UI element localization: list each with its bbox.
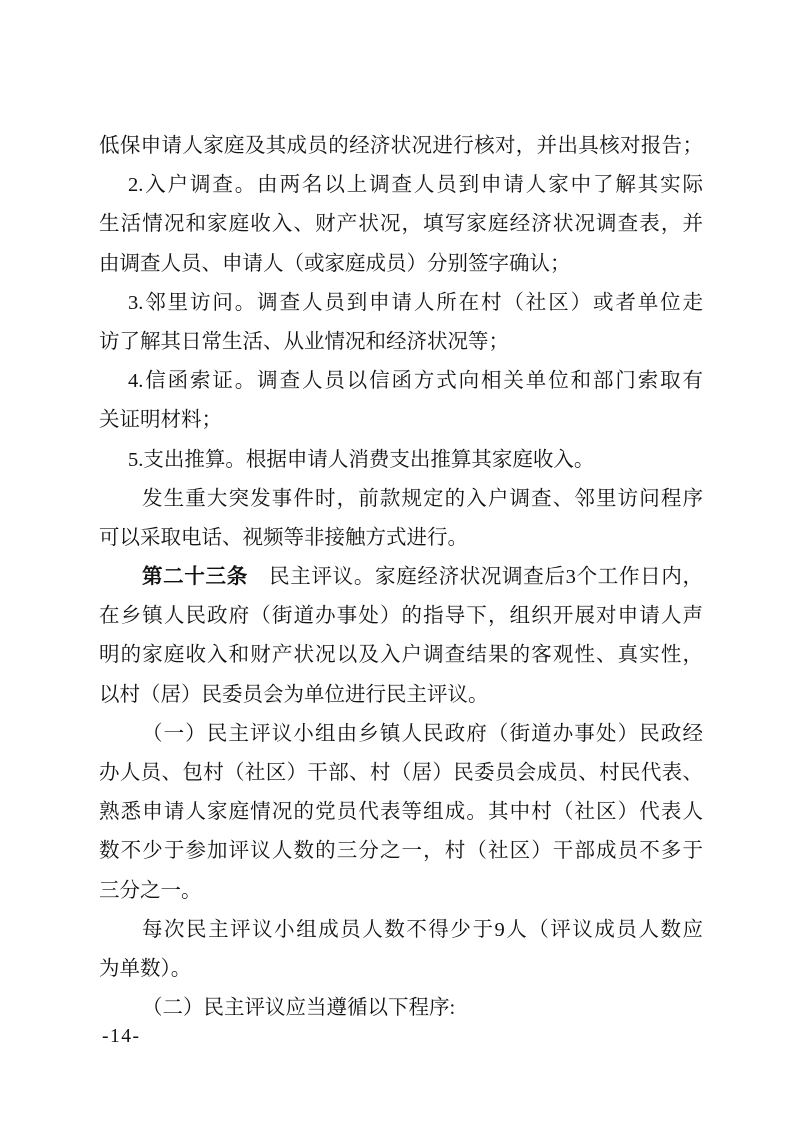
line-text: （一）民主评议小组由乡镇人民政府（街道办事处）民政经 <box>142 723 703 745</box>
document-line: 熟悉申请人家庭情况的党员代表等组成。其中村（社区）代表人 <box>99 793 703 832</box>
document-line: 5.支出推算。根据申请人消费支出推算其家庭收入。 <box>99 441 703 480</box>
line-text: 可以采取电话、视频等非接触方式进行。 <box>99 527 468 549</box>
article-heading: 第二十三条 <box>142 566 248 588</box>
document-line: 以村（居）民委员会为单位进行民主评议。 <box>99 676 703 715</box>
line-text: 民主评议。家庭经济状况调查后3个工作日内， <box>248 566 703 588</box>
line-text: 熟悉申请人家庭情况的党员代表等组成。其中村（社区）代表人 <box>99 801 703 823</box>
line-text: 生活情况和家庭收入、财产状况，填写家庭经济状况调查表，并 <box>99 213 703 235</box>
document-line: 为单数）。 <box>99 950 703 989</box>
line-text: （二）民主评议应当遵循以下程序: <box>142 997 455 1019</box>
document-line: 每次民主评议小组成员人数不得少于9人（评议成员人数应 <box>99 911 703 950</box>
line-text: 为单数）。 <box>99 958 191 980</box>
document-line: 办人员、包村（社区）干部、村（居）民委员会成员、村民代表、 <box>99 754 703 793</box>
document-line: 在乡镇人民政府（街道办事处）的指导下，组织开展对申请人声 <box>99 597 703 636</box>
line-text: 发生重大突发事件时，前款规定的入户调查、邻里访问程序 <box>142 488 703 510</box>
document-line: 第二十三条 民主评议。家庭经济状况调查后3个工作日内， <box>99 558 703 597</box>
line-text: 在乡镇人民政府（街道办事处）的指导下，组织开展对申请人声 <box>99 605 703 627</box>
document-page: 低保申请人家庭及其成员的经济状况进行核对，并出具核对报告； 2.入户调查。由两名… <box>0 0 793 1122</box>
document-line: 数不少于参加评议人数的三分之一，村（社区）干部成员不多于 <box>99 832 703 871</box>
line-text: 4.信函索证。调查人员以信函方式向相关单位和部门索取有 <box>128 370 703 392</box>
document-line: 低保申请人家庭及其成员的经济状况进行核对，并出具核对报告； <box>99 127 703 166</box>
document-line: 3.邻里访问。调查人员到申请人所在村（社区）或者单位走 <box>99 284 703 323</box>
line-text: 办人员、包村（社区）干部、村（居）民委员会成员、村民代表、 <box>99 762 703 784</box>
document-line: 关证明材料； <box>99 401 703 440</box>
document-line: 4.信函索证。调查人员以信函方式向相关单位和部门索取有 <box>99 362 703 401</box>
line-text: 访了解其日常生活、从业情况和经济状况等； <box>99 331 509 353</box>
line-text: 由调查人员、申请人（或家庭成员）分别签字确认； <box>99 253 571 275</box>
document-line: 可以采取电话、视频等非接触方式进行。 <box>99 519 703 558</box>
document-line: 发生重大突发事件时，前款规定的入户调查、邻里访问程序 <box>99 480 703 519</box>
document-line: 由调查人员、申请人（或家庭成员）分别签字确认； <box>99 245 703 284</box>
document-line: 2.入户调查。由两名以上调查人员到申请人家中了解其实际 <box>99 166 703 205</box>
page-number: -14- <box>102 1025 141 1049</box>
line-text: 3.邻里访问。调查人员到申请人所在村（社区）或者单位走 <box>128 292 703 314</box>
line-text: 关证明材料； <box>99 409 222 431</box>
document-line: 生活情况和家庭收入、财产状况，填写家庭经济状况调查表，并 <box>99 205 703 244</box>
document-line: 三分之一。 <box>99 872 703 911</box>
line-text: 低保申请人家庭及其成员的经济状况进行核对，并出具核对报告； <box>99 135 703 157</box>
line-text: 每次民主评议小组成员人数不得少于9人（评议成员人数应 <box>142 919 703 941</box>
document-line: 访了解其日常生活、从业情况和经济状况等； <box>99 323 703 362</box>
line-text: 2.入户调查。由两名以上调查人员到申请人家中了解其实际 <box>128 174 703 196</box>
line-text: 5.支出推算。根据申请人消费支出推算其家庭收入。 <box>128 449 594 471</box>
line-text: 三分之一。 <box>99 880 202 902</box>
document-line: （二）民主评议应当遵循以下程序: <box>99 989 703 1028</box>
line-text: 数不少于参加评议人数的三分之一，村（社区）干部成员不多于 <box>99 840 703 862</box>
line-text: 明的家庭收入和财产状况以及入户调查结果的客观性、真实性， <box>99 644 703 666</box>
document-line: 明的家庭收入和财产状况以及入户调查结果的客观性、真实性， <box>99 636 703 675</box>
document-body: 低保申请人家庭及其成员的经济状况进行核对，并出具核对报告； 2.入户调查。由两名… <box>99 127 703 1028</box>
line-text: 以村（居）民委员会为单位进行民主评议。 <box>99 684 489 706</box>
document-line: （一）民主评议小组由乡镇人民政府（街道办事处）民政经 <box>99 715 703 754</box>
